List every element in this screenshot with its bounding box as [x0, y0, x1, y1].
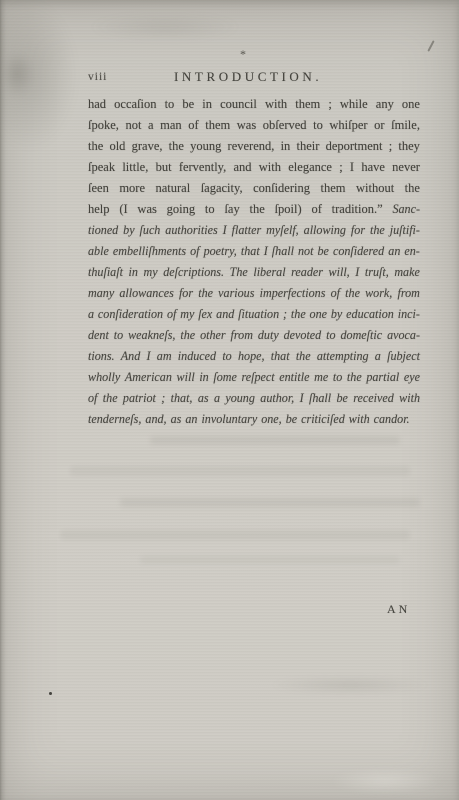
word: the: [198, 286, 213, 301]
word: ;: [161, 391, 165, 406]
word: them: [295, 97, 320, 112]
word: be: [182, 97, 194, 112]
word: be: [286, 412, 297, 427]
word: more: [119, 181, 145, 196]
word: the: [169, 139, 184, 154]
text-line: hadoccaſiontobeincouncilwiththem;whilean…: [88, 97, 420, 118]
word: of: [167, 307, 176, 322]
showthrough-band: [150, 436, 400, 445]
word: one: [402, 97, 420, 112]
paper-light-patch: [330, 768, 440, 794]
text-line: ſpeaklittle,butfervently,andwithelegance…: [88, 160, 420, 181]
word: ſhall: [309, 391, 331, 406]
paper-spot-top-left: [2, 52, 32, 96]
word: had: [88, 97, 106, 112]
word: ;: [389, 139, 392, 154]
word: little,: [122, 160, 148, 175]
word: ſituation: [238, 307, 279, 322]
word: make: [394, 265, 420, 280]
word: devoted: [284, 328, 322, 343]
word: ſay: [224, 202, 239, 217]
word: I: [264, 244, 268, 259]
word: was: [137, 202, 156, 217]
word: received: [353, 391, 394, 406]
word: the: [370, 223, 385, 238]
word: of: [311, 202, 321, 217]
word: ſuch: [140, 223, 161, 238]
word: whiſper: [329, 118, 367, 133]
word: the: [291, 307, 306, 322]
word: tioned: [88, 223, 118, 238]
word: hope,: [238, 349, 265, 364]
word: Sanc-: [392, 202, 420, 217]
word: tions.: [88, 349, 115, 364]
text-line: tenderneſs,and,asaninvoluntaryone,becrit…: [88, 412, 420, 433]
word: for: [351, 223, 365, 238]
word: American: [125, 370, 172, 385]
word: be: [337, 391, 348, 406]
word: with: [349, 412, 370, 427]
word: ſome: [213, 370, 237, 385]
word: grave,: [132, 139, 163, 154]
word: natural: [155, 181, 190, 196]
word: with: [399, 391, 420, 406]
word: the: [103, 391, 118, 406]
word: duty: [258, 328, 279, 343]
word: entitle: [279, 370, 309, 385]
word: education: [346, 307, 394, 322]
word: I: [350, 160, 354, 175]
word: never: [392, 160, 420, 175]
word: ;: [339, 160, 342, 175]
word: their: [296, 139, 319, 154]
text-line: ſpoke,notamanofthemwasobſervedtowhiſpero…: [88, 118, 420, 139]
word: any: [376, 97, 394, 112]
word: wholly: [88, 370, 120, 385]
word: to: [165, 97, 175, 112]
word: reſpect: [242, 370, 275, 385]
word: from: [397, 286, 419, 301]
text-line: thuſiaſtinmydeſcriptions.Theliberalreade…: [88, 265, 420, 286]
word: other: [200, 328, 226, 343]
word: not: [298, 244, 313, 259]
word: fervently,: [179, 160, 226, 175]
word: weakneſs,: [128, 328, 175, 343]
word: thuſiaſt: [88, 265, 123, 280]
word: deſcriptions.: [163, 265, 224, 280]
text-line: ofthepatriot;that,asayoungauthor,Iſhallb…: [88, 391, 420, 412]
word: conſidering: [253, 181, 310, 196]
word: not: [125, 118, 141, 133]
word: patriot: [123, 391, 156, 406]
word: ſeen: [88, 181, 109, 196]
word: deportment: [326, 139, 383, 154]
word: for: [179, 286, 193, 301]
word: the: [296, 349, 311, 364]
word: ;: [283, 307, 287, 322]
word: dent: [88, 328, 109, 343]
word: an: [388, 244, 400, 259]
word: en-: [404, 244, 419, 259]
word: the: [88, 139, 103, 154]
word: my: [144, 265, 158, 280]
word: candor.: [374, 412, 410, 427]
word: them: [320, 181, 345, 196]
text-line: theoldgrave,theyoungreverend,intheirdepo…: [88, 139, 420, 160]
word: but: [156, 160, 172, 175]
word: and,: [145, 412, 166, 427]
word: of: [331, 286, 340, 301]
word: by: [331, 307, 342, 322]
word: and: [233, 160, 251, 175]
word: many: [88, 286, 114, 301]
word: have: [361, 160, 385, 175]
word: one: [310, 307, 327, 322]
word: poetry,: [204, 244, 237, 259]
word: an: [185, 412, 197, 427]
showthrough-band: [120, 498, 420, 507]
word: a: [375, 349, 381, 364]
body-text: hadoccaſiontobeincouncilwiththem;whilean…: [88, 97, 420, 433]
word: The: [230, 265, 248, 280]
word: elegance: [288, 160, 332, 175]
word: without: [356, 181, 394, 196]
word: one,: [261, 412, 282, 427]
word: to: [205, 202, 215, 217]
word: in: [202, 97, 212, 112]
word: authorities: [165, 223, 217, 238]
word: was: [237, 118, 256, 133]
word: or: [374, 118, 384, 133]
text-line: tionedbyſuchauthoritiesIflattermyſelf,al…: [88, 223, 420, 244]
word: ;: [328, 97, 331, 112]
word: to: [222, 349, 231, 364]
word: be: [318, 244, 329, 259]
word: young: [225, 391, 255, 406]
page-left-edge-shadow: [0, 0, 6, 800]
page-header-title: INTRODUCTION.: [174, 69, 322, 85]
text-line: aconſiderationofmyſexandſituation;theone…: [88, 307, 420, 328]
pen-mark-top-right: [427, 40, 434, 52]
word: ſpoil): [275, 202, 302, 217]
word: old: [109, 139, 125, 154]
word: reader: [291, 265, 323, 280]
word: avoca-: [387, 328, 420, 343]
showthrough-band: [70, 466, 410, 476]
word: I: [300, 391, 304, 406]
word: to: [313, 118, 323, 133]
word: ſmile,: [391, 118, 420, 133]
word: will: [177, 370, 195, 385]
word: am: [157, 349, 172, 364]
word: liberal: [253, 265, 285, 280]
ink-speck: [49, 692, 52, 695]
word: the: [345, 286, 360, 301]
word: truſt,: [365, 265, 389, 280]
word: a: [214, 391, 220, 406]
word: that: [241, 244, 260, 259]
word: allowing: [304, 223, 346, 238]
word: ſagacity,: [201, 181, 243, 196]
word: and: [216, 307, 234, 322]
text-line: ſeenmorenaturalſagacity,conſideringthemw…: [88, 181, 420, 202]
word: in: [199, 370, 208, 385]
word: the: [347, 370, 362, 385]
word: (I: [119, 202, 127, 217]
word: me: [314, 370, 328, 385]
word: that,: [171, 391, 193, 406]
word: able: [88, 244, 109, 259]
word: in: [129, 265, 138, 280]
word: And: [121, 349, 140, 364]
book-page: * viii INTRODUCTION. hadoccaſiontobeinco…: [0, 0, 459, 800]
word: various: [218, 286, 254, 301]
text-line: tions.AndIaminducedtohope,thattheattempt…: [88, 349, 420, 370]
page-number: viii: [88, 71, 107, 83]
word: ſpeak: [88, 160, 115, 175]
word: I: [355, 265, 359, 280]
word: will,: [329, 265, 350, 280]
text-line: whollyAmericanwillinſomereſpectentitleme…: [88, 370, 420, 391]
word: work,: [365, 286, 392, 301]
word: obſerved: [263, 118, 307, 133]
paper-stain-top-left: [0, 0, 77, 150]
word: author,: [260, 391, 294, 406]
word: in: [281, 139, 291, 154]
word: from: [231, 328, 253, 343]
text-line: help(Iwasgoingtoſaytheſpoil)oftradition.…: [88, 202, 420, 223]
word: while: [340, 97, 368, 112]
word: ſhall: [272, 244, 294, 259]
word: allowances: [119, 286, 173, 301]
word: going: [167, 202, 195, 217]
word: induced: [178, 349, 216, 364]
word: domeſtic: [340, 328, 382, 343]
word: young: [190, 139, 221, 154]
printer-mark: *: [240, 47, 246, 62]
catchword: AN: [387, 602, 410, 617]
word: to: [326, 328, 335, 343]
word: ſex: [198, 307, 212, 322]
word: as: [171, 412, 182, 427]
word: of: [190, 244, 199, 259]
word: criticiſed: [301, 412, 345, 427]
word: inci-: [398, 307, 420, 322]
word: with: [259, 160, 281, 175]
word: conſideration: [98, 307, 163, 322]
word: of: [88, 391, 97, 406]
word: to: [114, 328, 123, 343]
word: as: [198, 391, 209, 406]
word: occaſion: [114, 97, 156, 112]
word: conſidered: [333, 244, 384, 259]
word: that: [271, 349, 290, 364]
word: ſpoke,: [88, 118, 119, 133]
word: of: [188, 118, 198, 133]
word: the: [405, 181, 420, 196]
word: ſubject: [387, 349, 420, 364]
word: I: [223, 223, 227, 238]
word: council: [220, 97, 257, 112]
word: tenderneſs,: [88, 412, 141, 427]
word: help: [88, 202, 110, 217]
word: myſelf,: [266, 223, 299, 238]
paper-smudge-bottom: [270, 676, 430, 694]
word: to: [333, 370, 342, 385]
word: man: [160, 118, 182, 133]
word: tradition.”: [332, 202, 383, 217]
word: my: [180, 307, 194, 322]
text-line: manyallowancesforthevariousimperfections…: [88, 286, 420, 307]
word: by: [123, 223, 134, 238]
word: with: [265, 97, 287, 112]
word: the: [180, 328, 195, 343]
word: embelliſhments: [113, 244, 186, 259]
word: partial: [366, 370, 399, 385]
word: the: [250, 202, 265, 217]
word: involuntary: [201, 412, 257, 427]
word: them: [205, 118, 230, 133]
word: a: [148, 118, 154, 133]
word: imperfections: [260, 286, 326, 301]
word: flatter: [232, 223, 262, 238]
word: they: [398, 139, 420, 154]
word: reverend,: [228, 139, 275, 154]
word: attempting: [317, 349, 369, 364]
text-line: ableembelliſhmentsofpoetry,thatIſhallnot…: [88, 244, 420, 265]
showthrough-band: [140, 556, 400, 564]
word: I: [147, 349, 151, 364]
showthrough-band: [60, 530, 410, 540]
word: a: [88, 307, 94, 322]
paper-smudge-top: [90, 14, 240, 40]
word: juſtifi-: [390, 223, 420, 238]
word: eye: [404, 370, 420, 385]
text-line: denttoweakneſs,theotherfromdutydevotedto…: [88, 328, 420, 349]
